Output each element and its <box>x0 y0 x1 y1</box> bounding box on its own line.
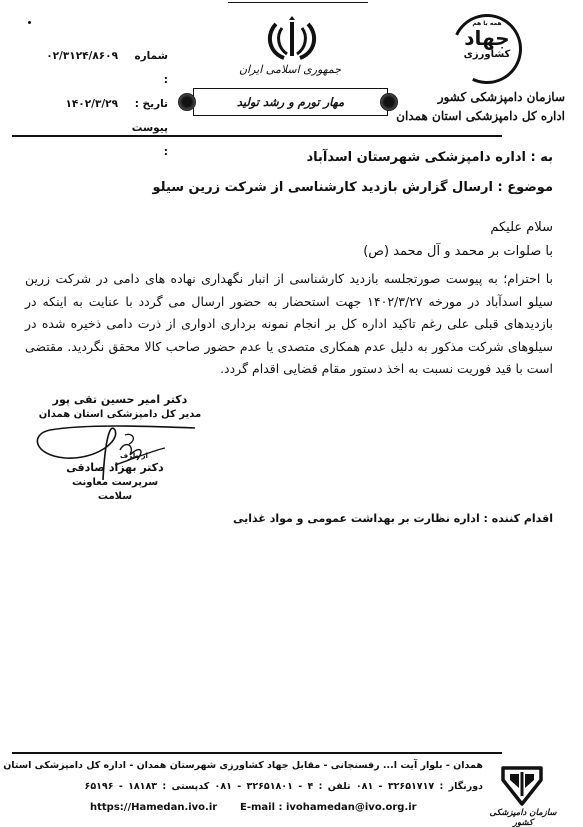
top-rule <box>228 2 368 3</box>
header-divider <box>12 135 502 137</box>
delegate-block: دکتر بهزاد صادقی سرپرست معاونت سلامت <box>60 460 170 504</box>
letter-date-label: تاریخ : <box>128 92 168 116</box>
ivo-logo-icon <box>497 762 547 807</box>
salutation: با صلوات بر محمد و آل محمد (ص) <box>363 244 553 259</box>
footer-contact: دورنگار : ۳۲۶۵۱۷۱۷ - ۰۸۱ تلفن : ۴ - ۳۲۶۵… <box>85 781 483 792</box>
jahad-logo: همه با هم جهاد کشاورزی <box>452 20 522 60</box>
iran-emblem-icon <box>262 14 322 64</box>
delegate-title: سرپرست معاونت سلامت <box>60 476 170 504</box>
organization-line-1: سازمان دامپزشکی کشور <box>390 88 565 107</box>
signature-block: دکتر امیر حسین تقی پور مدیر کل دامپزشکی … <box>25 392 215 422</box>
organization-name: سازمان دامپزشکی کشور اداره کل دامپزشکی ا… <box>390 88 565 126</box>
letter-body: با احترام؛ به پیوست صورتجلسه بازدید کارش… <box>25 268 553 381</box>
letter-date-row: تاریخ : ۱۴۰۲/۳/۲۹ <box>28 92 168 116</box>
slogan-banner: مهار تورم و رشد تولید <box>193 88 388 116</box>
slogan-text: مهار تورم و رشد تولید <box>237 95 344 109</box>
signer-name: دکتر امیر حسین تقی پور <box>25 392 215 408</box>
letter-meta: شماره : ۰۲/۳۱۲۴/۸۶۰۹ تاریخ : ۱۴۰۲/۳/۲۹ پ… <box>28 44 168 164</box>
subject: موضوع : ارسال گزارش بازدید کارشناسی از ش… <box>152 180 553 195</box>
recipient: به : اداره دامپزشکی شهرستان اسدآباد <box>306 150 553 165</box>
letter-attachment-row: پیوست : <box>28 116 168 164</box>
action-party: اقدام کننده : اداره نظارت بر بهداشت عموم… <box>233 512 553 525</box>
footer-email-link[interactable]: E-mail : ivohamedan@ivo.org.ir <box>240 802 417 813</box>
footer-address: همدان - بلوار آیت ا... رفسنجانی - مقابل … <box>0 760 483 771</box>
footer-divider <box>12 752 502 754</box>
on-behalf-label: از طرف <box>120 452 148 460</box>
greeting: سلام علیکم <box>490 220 553 235</box>
logo-big-text: جهاد <box>452 27 522 49</box>
letter-number-value: ۰۲/۳۱۲۴/۸۶۰۹ <box>46 44 118 92</box>
letter-attachment-label: پیوست : <box>128 116 168 164</box>
letter-date-value: ۱۴۰۲/۳/۲۹ <box>65 92 118 116</box>
organization-line-2: اداره کل دامپزشکی استان همدان <box>390 107 565 126</box>
footer-logo-caption: سازمان دامپزشکی کشور <box>488 808 558 827</box>
emblem-caption: جمهوری اسلامی ایران <box>225 63 355 76</box>
letter-number-label: شماره : <box>128 44 168 92</box>
letter-number-row: شماره : ۰۲/۳۱۲۴/۸۶۰۹ <box>28 44 168 92</box>
scan-speck <box>28 21 31 24</box>
ornament-left-icon <box>178 93 196 111</box>
logo-sub-text: کشاورزی <box>452 49 522 60</box>
footer-website-link[interactable]: https://Hamedan.ivo.ir <box>90 802 217 813</box>
delegate-name: دکتر بهزاد صادقی <box>60 460 170 476</box>
